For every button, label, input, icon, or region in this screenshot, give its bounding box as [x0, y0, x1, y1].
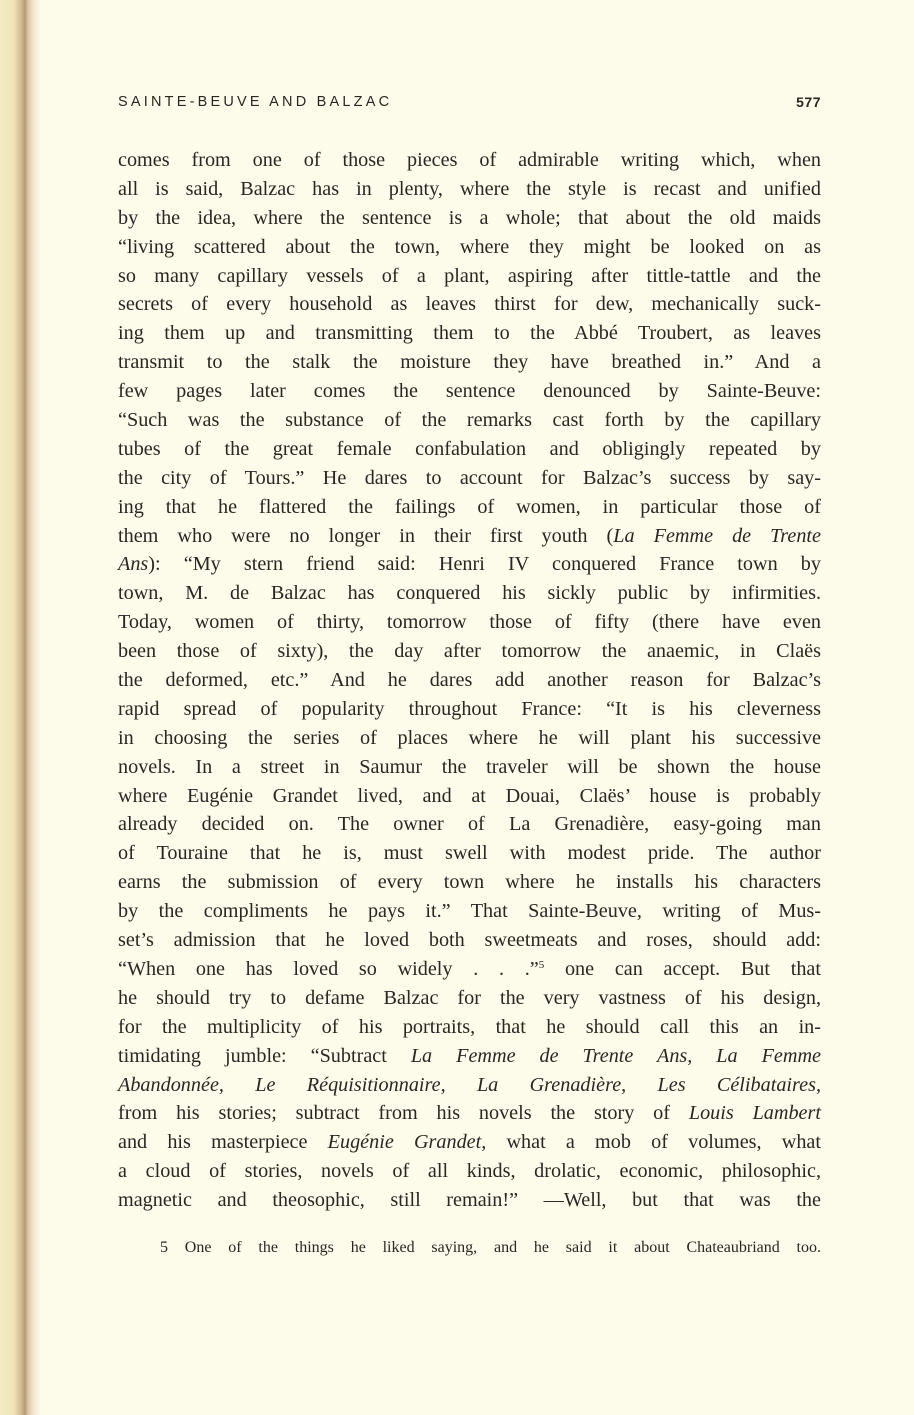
text-line: “living scattered about the town, where … — [118, 233, 821, 262]
text-line: the city of Tours.” He dares to account … — [118, 464, 821, 493]
text-run: of Touraine that he is, must swell with … — [118, 842, 821, 864]
text-run: ing that he flattered the failings of wo… — [118, 496, 821, 518]
text-line: Today, women of thirty, tomorrow those o… — [118, 608, 821, 637]
italic-title: Ans — [118, 553, 148, 575]
book-binding-gutter — [0, 0, 40, 1415]
page-number: 577 — [796, 94, 821, 110]
text-line: town, M. de Balzac has conquered his sic… — [118, 579, 821, 608]
running-title: SAINTE-BEUVE AND BALZAC — [118, 94, 392, 110]
text-line: the deformed, etc.” And he dares add ano… — [118, 666, 821, 695]
text-run: few pages later comes the sentence denou… — [118, 380, 821, 402]
text-run: by the idea, where the sentence is a who… — [118, 207, 821, 229]
text-line: them who were no longer in their first y… — [118, 522, 821, 551]
text-line: few pages later comes the sentence denou… — [118, 377, 821, 406]
italic-title: La Femme de Trente Ans, La Femme — [411, 1045, 821, 1067]
text-run: one can accept. But that — [544, 958, 821, 980]
text-line: “Such was the substance of the remarks c… — [118, 406, 821, 435]
text-run: so many capillary vessels of a plant, as… — [118, 265, 821, 287]
text-line: in choosing the series of places where h… — [118, 724, 821, 753]
text-line: magnetic and theosophic, still remain!” … — [118, 1186, 821, 1215]
text-run: a cloud of stories, novels of all kinds,… — [118, 1160, 821, 1182]
text-run: the city of Tours.” He dares to account … — [118, 467, 821, 489]
text-line: a cloud of stories, novels of all kinds,… — [118, 1157, 821, 1186]
text-line: transmit to the stalk the moisture they … — [118, 348, 821, 377]
text-run: all is said, Balzac has in plenty, where… — [118, 178, 821, 200]
text-run: magnetic and theosophic, still remain!” … — [118, 1189, 821, 1211]
text-line: all is said, Balzac has in plenty, where… — [118, 175, 821, 204]
text-line: by the compliments he pays it.” That Sai… — [118, 897, 821, 926]
text-run: “living scattered about the town, where … — [118, 236, 821, 258]
text-line: earns the submission of every town where… — [118, 868, 821, 897]
text-run: rapid spread of popularity throughout Fr… — [118, 698, 821, 720]
text-run: for the multiplicity of his portraits, t… — [118, 1016, 821, 1038]
body-text: comes from one of those pieces of admira… — [118, 146, 821, 1215]
text-run: already decided on. The owner of La Gren… — [118, 813, 821, 835]
text-line: timidating jumble: “Subtract La Femme de… — [118, 1042, 821, 1071]
text-run: by the compliments he pays it.” That Sai… — [118, 900, 821, 922]
italic-title: La Femme de Trente — [613, 525, 821, 547]
text-run: transmit to the stalk the moisture they … — [118, 351, 821, 373]
text-run: secrets of every household as leaves thi… — [118, 293, 821, 315]
text-run: town, M. de Balzac has conquered his sic… — [118, 582, 821, 604]
text-line: novels. In a street in Saumur the travel… — [118, 753, 821, 782]
text-line: of Touraine that he is, must swell with … — [118, 839, 821, 868]
text-run: earns the submission of every town where… — [118, 871, 821, 893]
text-run: in choosing the series of places where h… — [118, 727, 821, 749]
text-run: novels. In a street in Saumur the travel… — [118, 756, 821, 778]
text-run: what a mob of volumes, what — [486, 1131, 821, 1153]
text-run: ): “My stern friend said: Henri IV conqu… — [148, 553, 821, 575]
text-line: ing that he flattered the failings of wo… — [118, 493, 821, 522]
text-run: timidating jumble: “Subtract — [118, 1045, 411, 1067]
text-run: the deformed, etc.” And he dares add ano… — [118, 669, 821, 691]
footnote: 5 One of the things he liked saying, and… — [160, 1238, 821, 1258]
text-line: ing them up and transmitting them to the… — [118, 319, 821, 348]
text-run: comes from one of those pieces of admira… — [118, 149, 821, 171]
text-line: set’s admission that he loved both sweet… — [118, 926, 821, 955]
text-run: tubes of the great female confabulation … — [118, 438, 821, 460]
text-line: so many capillary vessels of a plant, as… — [118, 262, 821, 291]
text-run: ing them up and transmitting them to the… — [118, 322, 821, 344]
italic-title: Abandonnée, Le Réquisitionnaire, La Gren… — [118, 1074, 821, 1096]
text-run: Today, women of thirty, tomorrow those o… — [118, 611, 821, 633]
text-line: already decided on. The owner of La Gren… — [118, 810, 821, 839]
text-line: been those of sixty), the day after tomo… — [118, 637, 821, 666]
text-line: “When one has loved so widely . . .”5 on… — [118, 955, 821, 984]
text-line: Ans): “My stern friend said: Henri IV co… — [118, 550, 821, 579]
text-line: tubes of the great female confabulation … — [118, 435, 821, 464]
italic-title: Louis Lambert — [689, 1102, 821, 1124]
text-run: set’s admission that he loved both sweet… — [118, 929, 821, 951]
text-line: Abandonnée, Le Réquisitionnaire, La Gren… — [118, 1071, 821, 1100]
text-line: where Eugénie Grandet lived, and at Doua… — [118, 782, 821, 811]
text-run: and his masterpiece — [118, 1131, 328, 1153]
text-run: them who were no longer in their first y… — [118, 525, 613, 547]
text-run: he should try to defame Balzac for the v… — [118, 987, 821, 1009]
text-line: by the idea, where the sentence is a who… — [118, 204, 821, 233]
text-run: “Such was the substance of the remarks c… — [118, 409, 821, 431]
text-line: from his stories; subtract from his nove… — [118, 1099, 821, 1128]
text-line: he should try to defame Balzac for the v… — [118, 984, 821, 1013]
text-line: secrets of every household as leaves thi… — [118, 290, 821, 319]
text-run: where Eugénie Grandet lived, and at Doua… — [118, 785, 821, 807]
running-head: SAINTE-BEUVE AND BALZAC 577 — [118, 94, 821, 114]
text-line: rapid spread of popularity throughout Fr… — [118, 695, 821, 724]
text-line: comes from one of those pieces of admira… — [118, 146, 821, 175]
text-run: “When one has loved so widely . . .” — [118, 958, 539, 980]
text-line: for the multiplicity of his portraits, t… — [118, 1013, 821, 1042]
text-line: and his masterpiece Eugénie Grandet, wha… — [118, 1128, 821, 1157]
italic-title: Eugénie Grandet, — [328, 1131, 487, 1153]
text-run: been those of sixty), the day after tomo… — [118, 640, 821, 662]
text-run: from his stories; subtract from his nove… — [118, 1102, 689, 1124]
